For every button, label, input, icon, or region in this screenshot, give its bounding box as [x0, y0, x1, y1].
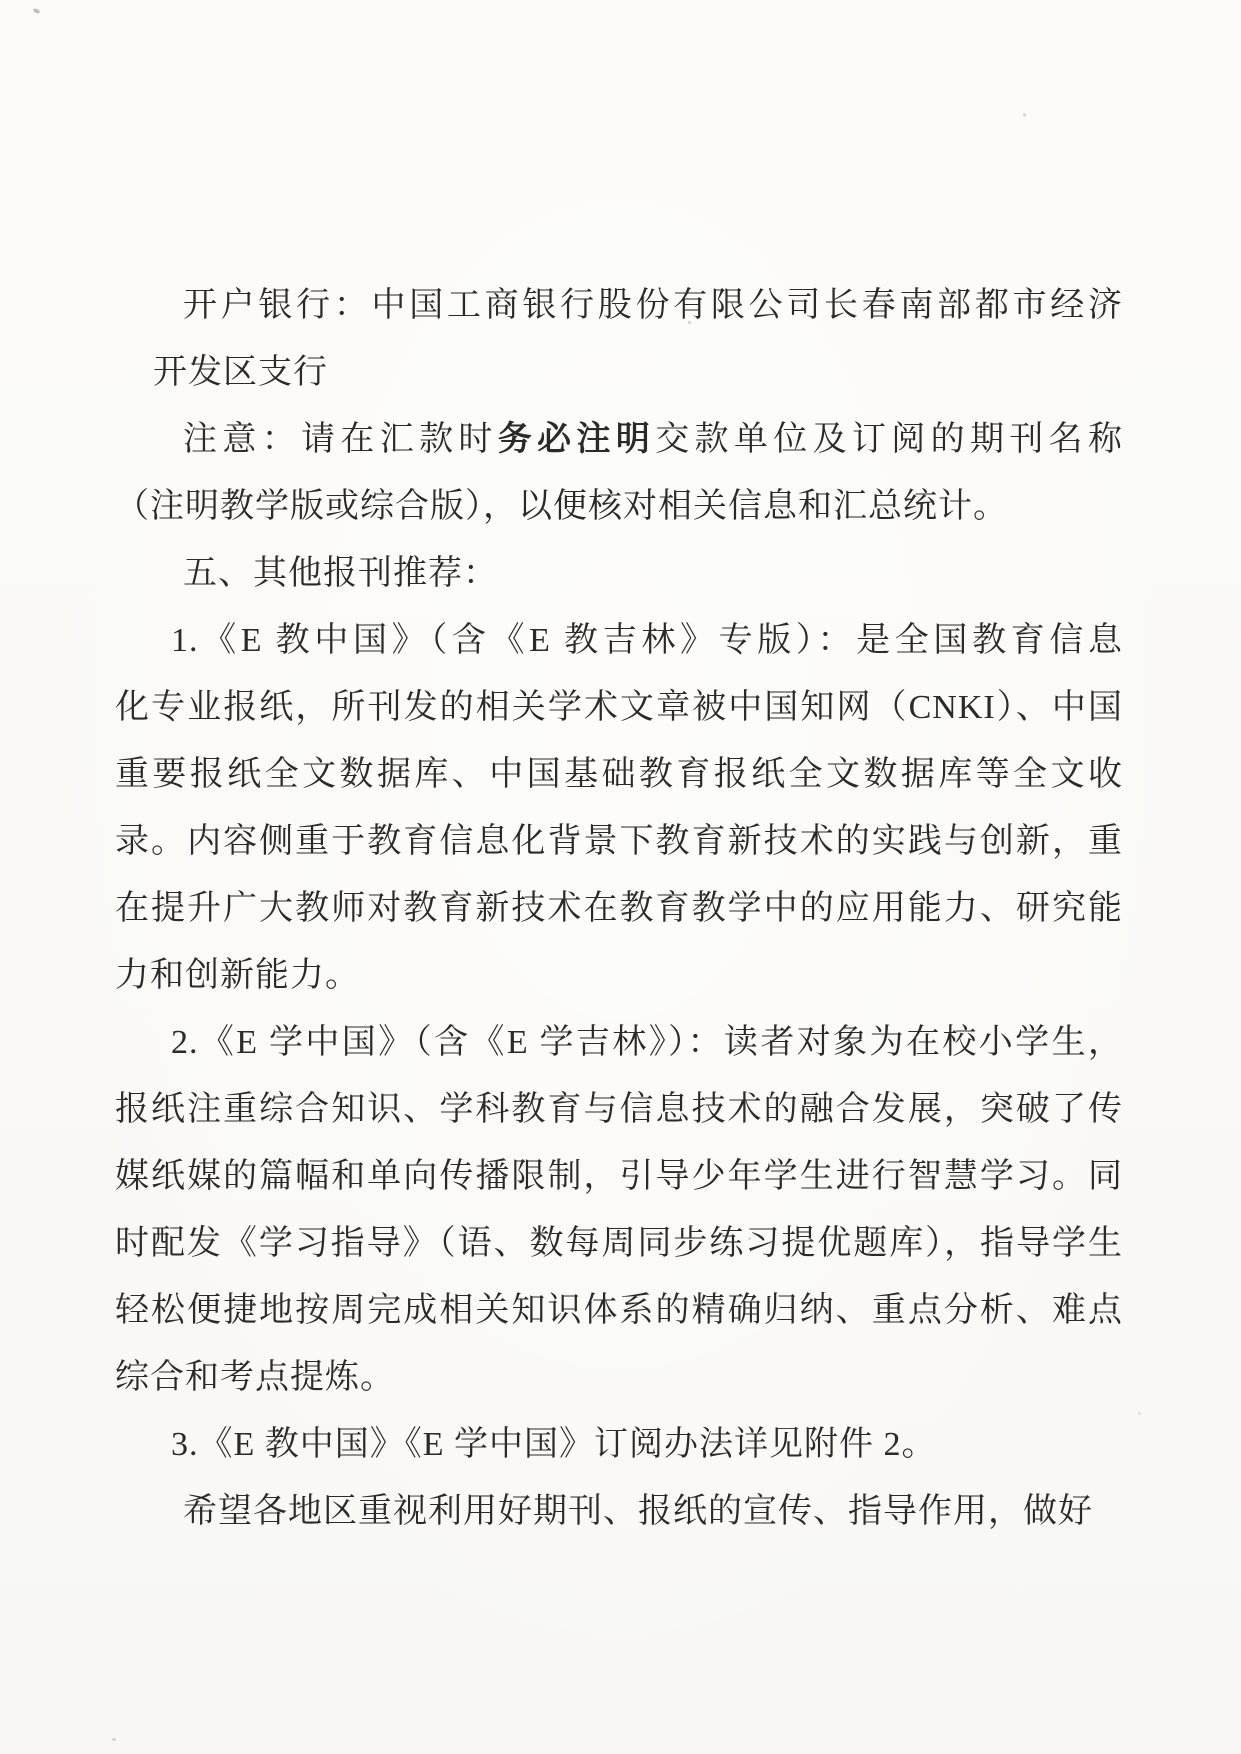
scan-speck — [1138, 1412, 1141, 1415]
line-item2-end: 综合和考点提炼。 — [115, 1344, 1123, 1411]
line-item2-cont-3: 时配发《学习指导》（语、数每周同步练习提优题库），指导学生 — [115, 1210, 1123, 1277]
scan-speck — [1023, 113, 1026, 117]
line-bank-name: 开户银行：中国工商银行股份有限公司长春南部都市经济 — [115, 272, 1123, 339]
line-item1-cont-4: 在提升广大教师对教育新技术在教育教学中的应用能力、研究能 — [115, 875, 1123, 942]
line-remittance-notice: 注意：请在汇款时务必注明交款单位及订阅的期刊名称 — [115, 406, 1123, 473]
notice-text-bold: 务必注明 — [498, 421, 655, 458]
line-closing-paragraph-start: 希望各地区重视利用好期刊、报纸的宣传、指导作用，做好 — [115, 1478, 1123, 1545]
line-item1-cont-2: 重要报纸全文数据库、中国基础教育报纸全文数据库等全文收 — [115, 741, 1123, 808]
line-item1-start: 1.《E 教中国》（含《E 教吉林》专版）：是全国教育信息 — [115, 607, 1123, 674]
line-item3-subscription-note: 3.《E 教中国》《E 学中国》订阅办法详见附件 2。 — [115, 1411, 1123, 1478]
scan-speck — [112, 1738, 116, 1741]
line-section5-heading: 五、其他报刊推荐： — [115, 540, 1123, 607]
line-item1-cont-1: 化专业报纸，所刊发的相关学术文章被中国知网（CNKI）、中国 — [115, 674, 1123, 741]
line-item2-cont-4: 轻松便捷地按周完成相关知识体系的精确归纳、重点分析、难点 — [115, 1277, 1123, 1344]
document-body: 开户银行：中国工商银行股份有限公司长春南部都市经济 开发区支行 注意：请在汇款时… — [115, 272, 1123, 1545]
notice-text-pre: 注意：请在汇款时 — [183, 421, 498, 458]
notice-text-post: 交款单位及订阅的期刊名称 — [655, 421, 1123, 458]
line-remittance-notice-cont: （注明教学版或综合版），以便核对相关信息和汇总统计。 — [115, 473, 1123, 540]
line-item2-cont-2: 媒纸媒的篇幅和单向传播限制，引导少年学生进行智慧学习。同 — [115, 1143, 1123, 1210]
line-item1-cont-3: 录。内容侧重于教育信息化背景下教育新技术的实践与创新，重 — [115, 808, 1123, 875]
line-bank-branch: 开发区支行 — [115, 339, 1123, 406]
scanned-document-page: 开户银行：中国工商银行股份有限公司长春南部都市经济 开发区支行 注意：请在汇款时… — [0, 0, 1241, 1754]
line-item1-end: 力和创新能力。 — [115, 942, 1123, 1009]
line-item2-cont-1: 报纸注重综合知识、学科教育与信息技术的融合发展，突破了传 — [115, 1076, 1123, 1143]
line-item2-start: 2.《E 学中国》（含《E 学吉林》）：读者对象为在校小学生， — [115, 1009, 1123, 1076]
scan-speck — [32, 8, 40, 15]
